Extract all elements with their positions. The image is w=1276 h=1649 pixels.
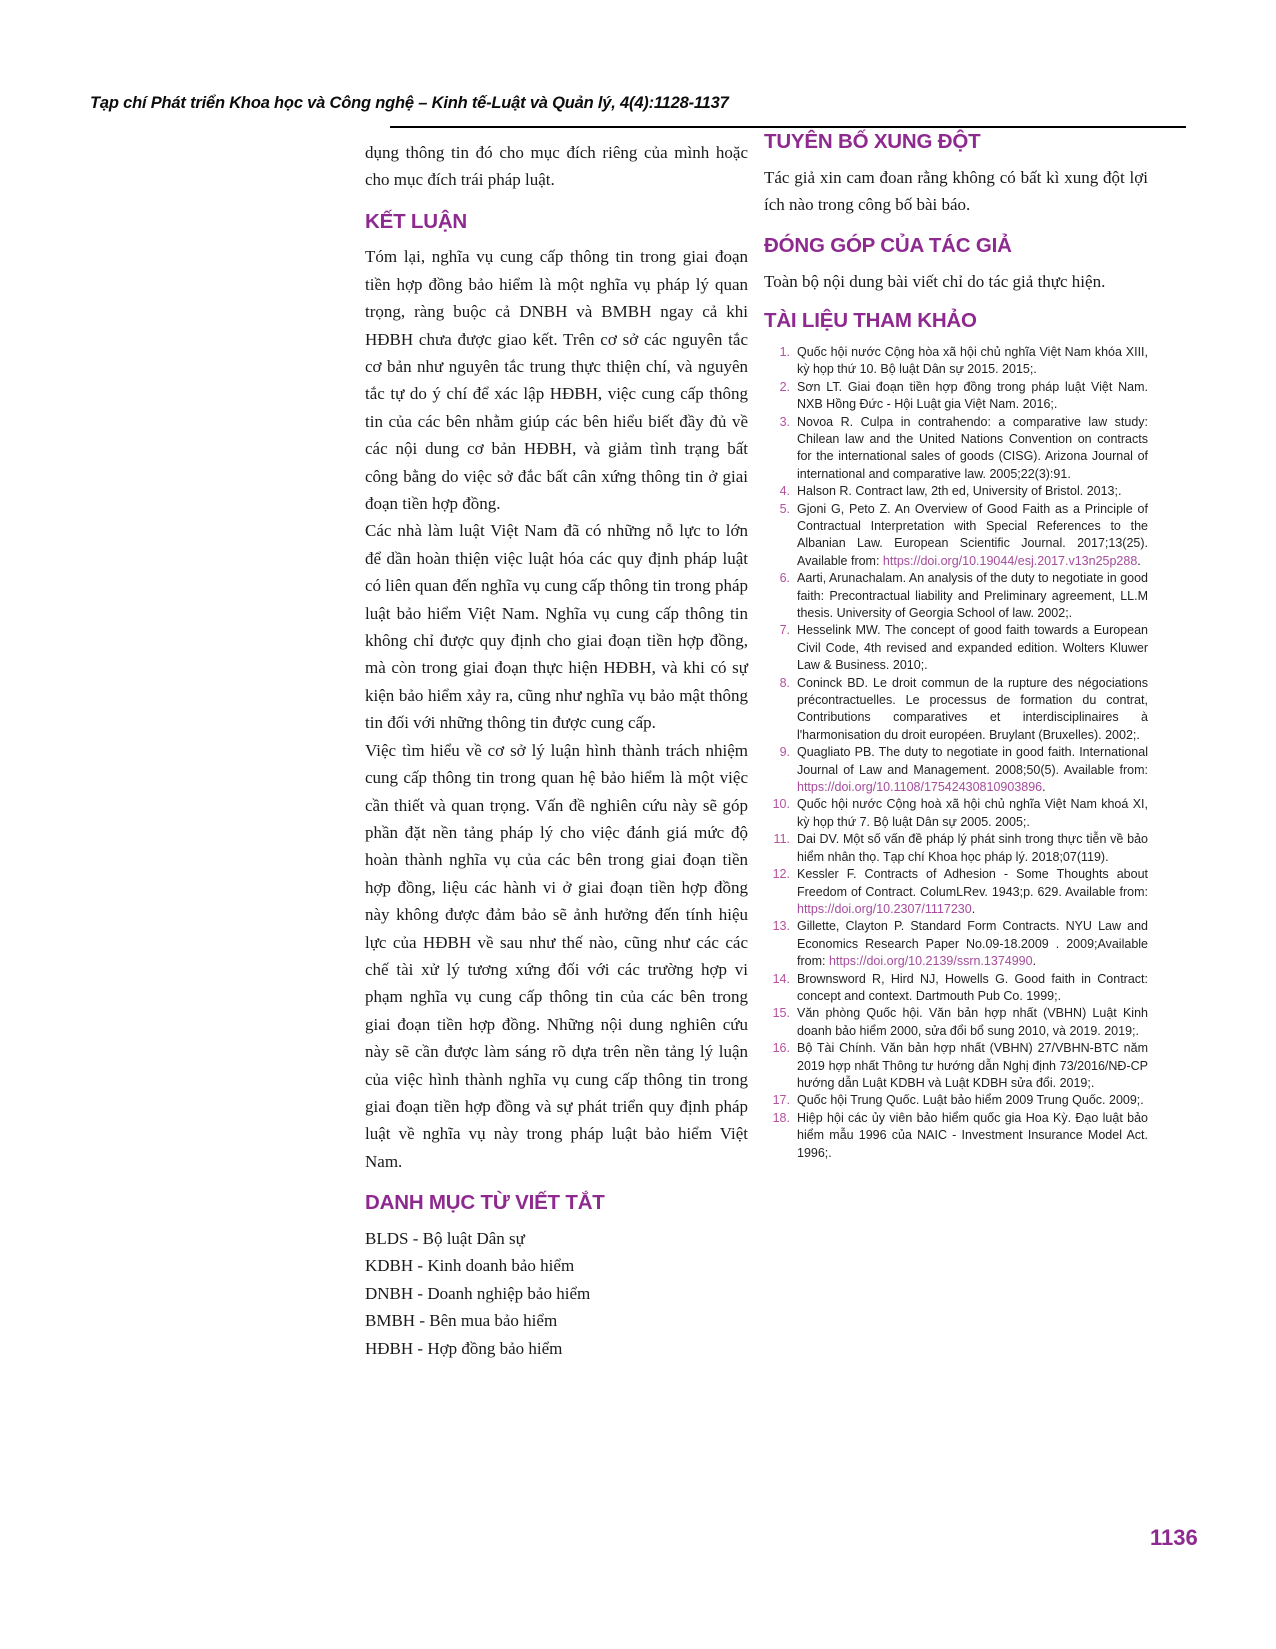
contribution-body: Toàn bộ nội dung bài viết chỉ do tác giả… (764, 268, 1148, 295)
doi-link[interactable]: https://doi.org/10.1108/1754243081090389… (797, 780, 1042, 794)
doi-link[interactable]: https://doi.org/10.2307/1117230 (797, 902, 972, 916)
abbreviation-item: HĐBH - Hợp đồng bảo hiểm (365, 1335, 748, 1363)
abbreviation-item: BLDS - Bộ luật Dân sự (365, 1225, 748, 1253)
reference-text: Dai DV. Một số vấn đề pháp lý phát sinh … (797, 831, 1148, 866)
reference-item: 11.Dai DV. Một số vấn đề pháp lý phát si… (764, 831, 1148, 866)
reference-number: 11. (764, 831, 790, 866)
reference-item: 17.Quốc hội Trung Quốc. Luật bảo hiểm 20… (764, 1092, 1148, 1109)
reference-text: Hiệp hội các ủy viên bảo hiểm quốc gia H… (797, 1110, 1148, 1162)
reference-item: 12.Kessler F. Contracts of Adhesion - So… (764, 866, 1148, 918)
reference-number: 6. (764, 570, 790, 622)
section-heading-references: TÀI LIỆU THAM KHẢO (764, 309, 1148, 333)
abbreviation-item: BMBH - Bên mua bảo hiểm (365, 1307, 748, 1335)
reference-text: Sơn LT. Giai đoạn tiền hợp đồng trong ph… (797, 379, 1148, 414)
doi-link[interactable]: https://doi.org/10.19044/esj.2017.v13n25… (883, 554, 1137, 568)
reference-text: Hesselink MW. The concept of good faith … (797, 622, 1148, 674)
section-heading-conclusion: KẾT LUẬN (365, 210, 748, 234)
reference-number: 3. (764, 414, 790, 484)
reference-number: 14. (764, 971, 790, 1006)
header-rule (390, 126, 1186, 128)
reference-number: 7. (764, 622, 790, 674)
reference-text: Quốc hội Trung Quốc. Luật bảo hiểm 2009 … (797, 1092, 1148, 1109)
reference-text: Halson R. Contract law, 2th ed, Universi… (797, 483, 1148, 500)
reference-item: 10.Quốc hội nước Cộng hoà xã hội chủ ngh… (764, 796, 1148, 831)
reference-item: 3.Novoa R. Culpa in contrahendo: a compa… (764, 414, 1148, 484)
reference-item: 9.Quagliato PB. The duty to negotiate in… (764, 744, 1148, 796)
reference-text: Gillette, Clayton P. Standard Form Contr… (797, 918, 1148, 970)
reference-text: Quagliato PB. The duty to negotiate in g… (797, 744, 1148, 796)
reference-item: 7.Hesselink MW. The concept of good fait… (764, 622, 1148, 674)
reference-number: 9. (764, 744, 790, 796)
reference-item: 5.Gjoni G, Peto Z. An Overview of Good F… (764, 501, 1148, 571)
reference-number: 4. (764, 483, 790, 500)
reference-number: 5. (764, 501, 790, 571)
reference-text: Aarti, Arunachalam. An analysis of the d… (797, 570, 1148, 622)
reference-text: Novoa R. Culpa in contrahendo: a compara… (797, 414, 1148, 484)
reference-item: 1.Quốc hội nước Cộng hòa xã hội chủ nghĩ… (764, 344, 1148, 379)
left-column: dụng thông tin đó cho mục đích riêng của… (365, 139, 748, 1362)
reference-number: 13. (764, 918, 790, 970)
reference-number: 17. (764, 1092, 790, 1109)
reference-text: Văn phòng Quốc hội. Văn bản hợp nhất (VB… (797, 1005, 1148, 1040)
reference-item: 16.Bộ Tài Chính. Văn bản hợp nhất (VBHN)… (764, 1040, 1148, 1092)
reference-text: Gjoni G, Peto Z. An Overview of Good Fai… (797, 501, 1148, 571)
reference-number: 18. (764, 1110, 790, 1162)
reference-number: 8. (764, 675, 790, 745)
reference-text: Brownsword R, Hird NJ, Howells G. Good f… (797, 971, 1148, 1006)
reference-item: 15.Văn phòng Quốc hội. Văn bản hợp nhất … (764, 1005, 1148, 1040)
reference-item: 2.Sơn LT. Giai đoạn tiền hợp đồng trong … (764, 379, 1148, 414)
right-column: TUYÊN BỐ XUNG ĐỘT Tác giả xin cam đoan r… (764, 130, 1148, 1162)
reference-number: 1. (764, 344, 790, 379)
doi-link[interactable]: https://doi.org/10.2139/ssrn.1374990 (829, 954, 1033, 968)
conflict-body: Tác giả xin cam đoan rằng không có bất k… (764, 164, 1148, 219)
abbreviation-item: KDBH - Kinh doanh bảo hiểm (365, 1252, 748, 1280)
reference-item: 8.Coninck BD. Le droit commun de la rupt… (764, 675, 1148, 745)
references-list: 1.Quốc hội nước Cộng hòa xã hội chủ nghĩ… (764, 344, 1148, 1162)
conclusion-paragraph: Các nhà làm luật Việt Nam đã có những nỗ… (365, 517, 748, 736)
reference-number: 12. (764, 866, 790, 918)
reference-text: Kessler F. Contracts of Adhesion - Some … (797, 866, 1148, 918)
intro-fragment: dụng thông tin đó cho mục đích riêng của… (365, 139, 748, 194)
reference-item: 13.Gillette, Clayton P. Standard Form Co… (764, 918, 1148, 970)
reference-number: 16. (764, 1040, 790, 1092)
reference-item: 4.Halson R. Contract law, 2th ed, Univer… (764, 483, 1148, 500)
reference-text: Quốc hội nước Cộng hòa xã hội chủ nghĩa … (797, 344, 1148, 379)
reference-item: 18.Hiệp hội các ủy viên bảo hiểm quốc gi… (764, 1110, 1148, 1162)
reference-item: 14.Brownsword R, Hird NJ, Howells G. Goo… (764, 971, 1148, 1006)
section-heading-contribution: ĐÓNG GÓP CỦA TÁC GIẢ (764, 234, 1148, 258)
conclusion-paragraph: Tóm lại, nghĩa vụ cung cấp thông tin tro… (365, 243, 748, 517)
abbreviations-list: BLDS - Bộ luật Dân sự KDBH - Kinh doanh … (365, 1225, 748, 1363)
reference-text: Coninck BD. Le droit commun de la ruptur… (797, 675, 1148, 745)
section-heading-conflict: TUYÊN BỐ XUNG ĐỘT (764, 130, 1148, 154)
conclusion-paragraph: Việc tìm hiểu về cơ sở lý luận hình thàn… (365, 737, 748, 1176)
page-number: 1136 (1150, 1525, 1198, 1551)
section-heading-abbreviations: DANH MỤC TỪ VIẾT TẮT (365, 1191, 748, 1215)
reference-text: Quốc hội nước Cộng hoà xã hội chủ nghĩa … (797, 796, 1148, 831)
journal-header: Tạp chí Phát triển Khoa học và Công nghệ… (90, 94, 729, 113)
reference-text: Bộ Tài Chính. Văn bản hợp nhất (VBHN) 27… (797, 1040, 1148, 1092)
reference-item: 6.Aarti, Arunachalam. An analysis of the… (764, 570, 1148, 622)
reference-number: 2. (764, 379, 790, 414)
abbreviation-item: DNBH - Doanh nghiệp bảo hiểm (365, 1280, 748, 1308)
reference-number: 10. (764, 796, 790, 831)
reference-number: 15. (764, 1005, 790, 1040)
paper-page: Tạp chí Phát triển Khoa học và Công nghệ… (0, 0, 1276, 1649)
